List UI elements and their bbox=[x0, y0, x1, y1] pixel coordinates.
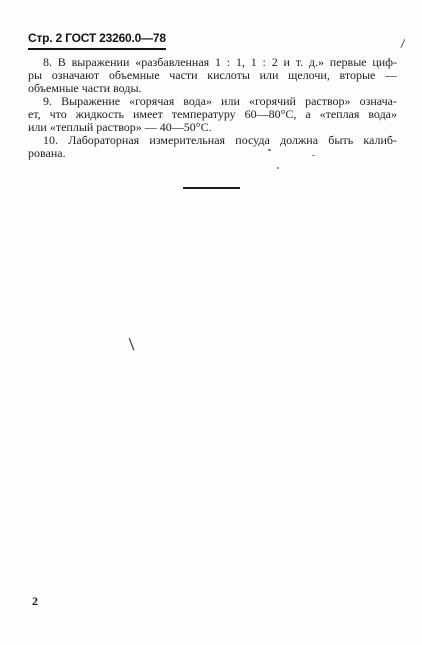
scan-speck bbox=[277, 167, 279, 169]
paragraph-8: 8. В выражении «разбавленная 1 : 1, 1 : … bbox=[28, 56, 397, 95]
paragraph-9: 9. Выражение «горячая вода» или «горячий… bbox=[28, 95, 397, 134]
scan-speck bbox=[312, 155, 315, 156]
scan-speck bbox=[268, 149, 271, 151]
paragraph-10-line-2: рована. bbox=[28, 147, 397, 160]
page-header: Стр. 2 ГОСТ 23260.0—78 bbox=[28, 29, 166, 50]
page-number: 2 bbox=[32, 594, 38, 609]
paragraph-10: 10. Лабораторная измерительная посуда до… bbox=[28, 134, 397, 160]
section-divider-rule bbox=[183, 187, 240, 189]
scan-artifact-slash: / bbox=[400, 37, 405, 50]
scan-artifact-backslash: \ bbox=[128, 335, 134, 353]
document-page: Стр. 2 ГОСТ 23260.0—78 / 8. В выражении … bbox=[0, 0, 422, 645]
paragraph-10-line-1: 10. Лабораторная измерительная посуда до… bbox=[28, 134, 397, 147]
body-text: 8. В выражении «разбавленная 1 : 1, 1 : … bbox=[28, 56, 397, 160]
running-title: Стр. 2 ГОСТ 23260.0—78 bbox=[28, 31, 166, 50]
